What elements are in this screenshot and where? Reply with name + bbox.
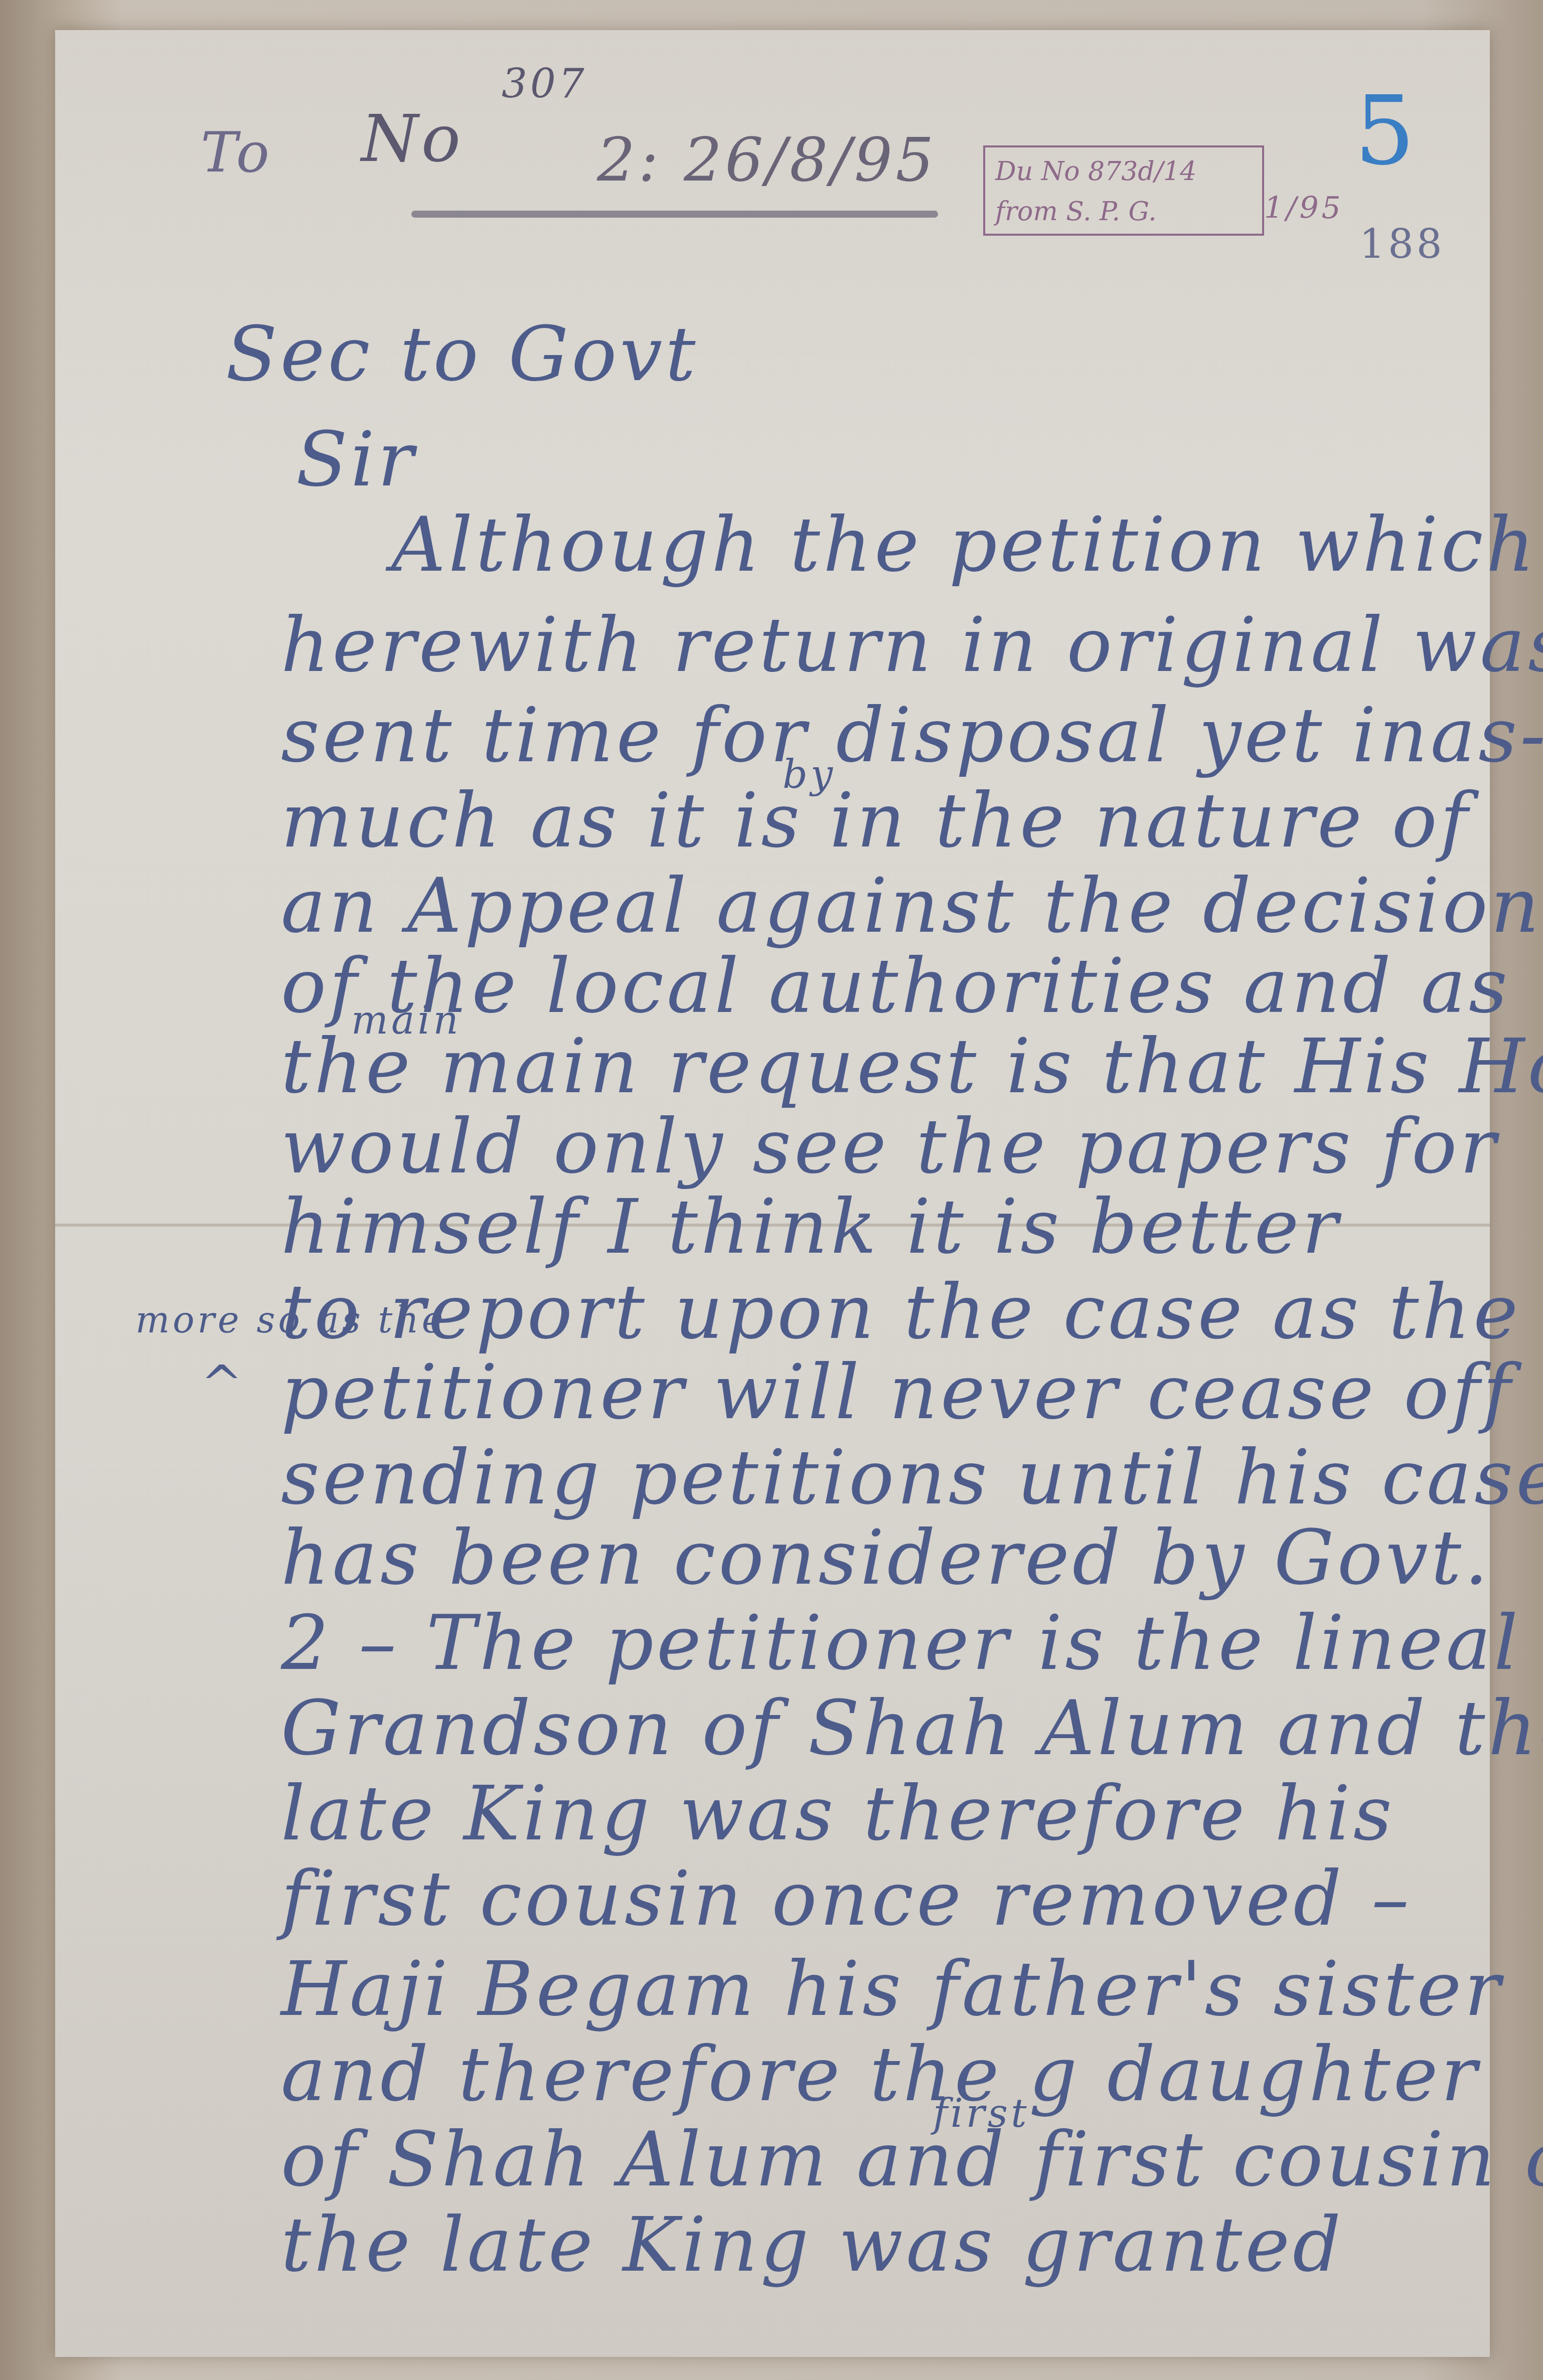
- body-line: to report upon the case as the: [281, 1269, 1521, 1356]
- margin-note: more so as the: [135, 1299, 446, 1341]
- body-line: has been considered by Govt.: [281, 1514, 1491, 1602]
- body-line: herewith return in original was: [281, 602, 1543, 689]
- body-line: late King was therefore his: [281, 1770, 1395, 1857]
- body-line: the late King was granted: [281, 2201, 1344, 2289]
- body-line: Although the petition which I: [391, 501, 1543, 589]
- salutation: Sir: [296, 416, 416, 503]
- folio-number-pencil: 188: [1359, 221, 1445, 267]
- stamp-line-1: Du No 873d/14: [995, 151, 1252, 192]
- to-mark: To: [201, 120, 272, 185]
- stamp-line-2: from S. P. G.: [995, 192, 1252, 232]
- body-line: sent time for disposal yet inas-: [281, 692, 1543, 779]
- insertion-caret: ^: [201, 1354, 246, 1413]
- number-label: No: [361, 100, 464, 177]
- body-line: Haji Begam his father's sister: [281, 1946, 1503, 2033]
- body-line: himself I think it is better: [281, 1183, 1341, 1271]
- body-line: would only see the papers for: [281, 1103, 1499, 1191]
- folio-number-blue: 5: [1354, 75, 1418, 186]
- body-line: an Appeal against the decision: [281, 863, 1542, 950]
- body-line: of the local authorities and as: [281, 943, 1510, 1030]
- number-value: 307: [502, 60, 587, 107]
- body-line: petitioner will never cease off: [281, 1349, 1514, 1436]
- header-underline: [411, 211, 938, 218]
- body-line: much as it is in the nature of: [281, 777, 1471, 865]
- body-line: and therefore the g daughter: [281, 2031, 1480, 2118]
- body-line: sending petitions until his case: [281, 1434, 1543, 1521]
- registry-stamp: Du No 873d/14 from S. P. G.: [983, 145, 1264, 236]
- body-line: of Shah Alum and first cousin of: [281, 2116, 1543, 2203]
- document-date: 2: 26/8/95: [597, 125, 937, 195]
- body-line: first cousin once removed –: [281, 1855, 1412, 1943]
- stamp-date-suffix: 1/95: [1264, 191, 1344, 226]
- body-line: the main request is that His Honour: [281, 1023, 1543, 1110]
- body-line: Grandson of Shah Alum and the: [281, 1685, 1543, 1772]
- addressee: Sec to Govt: [226, 311, 699, 398]
- body-line: 2 – The petitioner is the lineal great: [281, 1600, 1543, 1687]
